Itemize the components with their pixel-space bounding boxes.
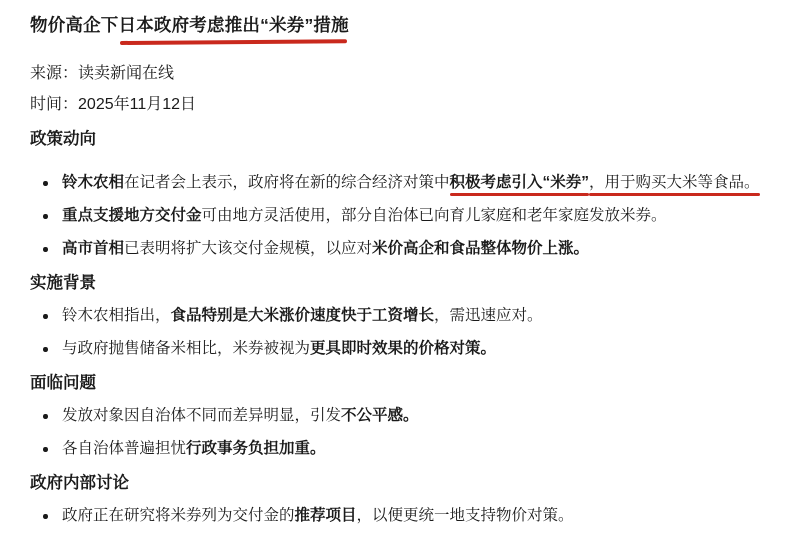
bullet-item: 各自治体普遍担忧行政事务负担加重。 — [30, 439, 796, 459]
bullet-marker-icon — [43, 414, 48, 419]
text-segment: 铃木农相指出， — [62, 307, 171, 324]
bullet-marker-icon — [43, 181, 48, 186]
bullet-item: 发放对象因自治体不同而差异明显，引发不公平感。 — [30, 406, 796, 426]
text-segment: ，以便更统一地支持物价对策。 — [357, 507, 574, 524]
text-segment: 发放对象因自治体不同而差异明显，引发 — [62, 407, 341, 424]
text-segment: ，需迅速应对。 — [434, 307, 543, 324]
bullet-item: 铃木农相指出，食品特别是大米涨价速度快于工资增长，需迅速应对。 — [30, 306, 796, 326]
section: 面临问题发放对象因自治体不同而差异明显，引发不公平感。各自治体普遍担忧行政事务负… — [30, 373, 796, 459]
document-page: 物价高企下日本政府考虑推出“米券”措施 来源：读卖新闻在线 时间：2025年11… — [0, 0, 800, 526]
time-line: 时间：2025年11月12日 — [30, 95, 796, 115]
bullet-list: 政府正在研究将米券列为交付金的推荐项目，以便更统一地支持物价对策。 — [30, 506, 796, 526]
section-heading: 政策动向 — [30, 129, 796, 150]
red-underlined-text: 积极考虑引入“米券” — [450, 174, 590, 191]
source-label: 来源： — [30, 65, 78, 82]
text-segment: 政府正在研究将米券列为交付金的 — [62, 507, 295, 524]
text-segment: 行政事务负担加重。 — [186, 440, 326, 457]
title-prefix: 物价高企下 — [30, 15, 119, 35]
bullet-marker-icon — [43, 314, 48, 319]
section-heading: 实施背景 — [30, 273, 796, 294]
text-segment: 已表明将扩大该交付金规模，以应对 — [124, 240, 372, 257]
bullet-item: 重点支援地方交付金可由地方灵活使用，部分自治体已向育儿家庭和老年家庭发放米券。 — [30, 206, 796, 226]
section-heading: 政府内部讨论 — [30, 473, 796, 494]
bullet-marker-icon — [43, 247, 48, 252]
text-segment: 与政府抛售储备米相比，米券被视为 — [62, 340, 310, 357]
section: 政府内部讨论政府正在研究将米券列为交付金的推荐项目，以便更统一地支持物价对策。 — [30, 473, 796, 526]
section-heading: 面临问题 — [30, 373, 796, 394]
text-segment: 更具即时效果的价格对策。 — [310, 340, 496, 357]
text-segment: 不公平感。 — [341, 407, 419, 424]
sections-container: 政策动向铃木农相在记者会上表示，政府将在新的综合经济对策中积极考虑引入“米券”，… — [30, 129, 796, 526]
text-segment: 推荐项目 — [295, 507, 357, 524]
bullet-list: 铃木农相指出，食品特别是大米涨价速度快于工资增长，需迅速应对。与政府抛售储备米相… — [30, 306, 796, 359]
text-segment: 可由地方灵活使用，部分自治体已向育儿家庭和老年家庭发放米券。 — [202, 207, 667, 224]
red-underlined-text: ，用于购买大米等食品。 — [589, 174, 760, 191]
text-segment: 重点支援地方交付金 — [62, 207, 202, 224]
bullet-list: 铃木农相在记者会上表示，政府将在新的综合经济对策中积极考虑引入“米券”，用于购买… — [30, 173, 796, 259]
bullet-marker-icon — [43, 214, 48, 219]
time-label: 时间： — [30, 96, 78, 113]
bullet-marker-icon — [43, 347, 48, 352]
source-value: 读卖新闻在线 — [78, 65, 174, 82]
meta-block: 来源：读卖新闻在线 时间：2025年11月12日 — [30, 64, 796, 115]
bullet-item: 高市首相已表明将扩大该交付金规模，以应对米价高企和食品整体物价上涨。 — [30, 239, 796, 259]
title-red-underlined-text: 日本政府考虑推出“米券”措施 — [119, 14, 349, 36]
bullet-list: 发放对象因自治体不同而差异明显，引发不公平感。各自治体普遍担忧行政事务负担加重。 — [30, 406, 796, 459]
bullet-item: 与政府抛售储备米相比，米券被视为更具即时效果的价格对策。 — [30, 339, 796, 359]
bullet-marker-icon — [43, 514, 48, 519]
text-segment: 食品特别是大米涨价速度快于工资增长 — [171, 307, 435, 324]
text-segment: 米价高企和食品整体物价上涨。 — [372, 240, 589, 257]
section: 政策动向铃木农相在记者会上表示，政府将在新的综合经济对策中积极考虑引入“米券”，… — [30, 129, 796, 259]
text-segment: 铃木农相 — [62, 174, 124, 191]
text-segment: 在记者会上表示，政府将在新的综合经济对策中 — [124, 174, 450, 191]
time-value: 2025年11月12日 — [78, 96, 196, 113]
bullet-item: 铃木农相在记者会上表示，政府将在新的综合经济对策中积极考虑引入“米券”，用于购买… — [30, 173, 796, 193]
section: 实施背景铃木农相指出，食品特别是大米涨价速度快于工资增长，需迅速应对。与政府抛售… — [30, 273, 796, 359]
text-segment: 各自治体普遍担忧 — [62, 440, 186, 457]
text-segment: 高市首相 — [62, 240, 124, 257]
bullet-item: 政府正在研究将米券列为交付金的推荐项目，以便更统一地支持物价对策。 — [30, 506, 796, 526]
page-title: 物价高企下日本政府考虑推出“米券”措施 — [30, 14, 796, 36]
source-line: 来源：读卖新闻在线 — [30, 64, 796, 84]
bullet-marker-icon — [43, 447, 48, 452]
